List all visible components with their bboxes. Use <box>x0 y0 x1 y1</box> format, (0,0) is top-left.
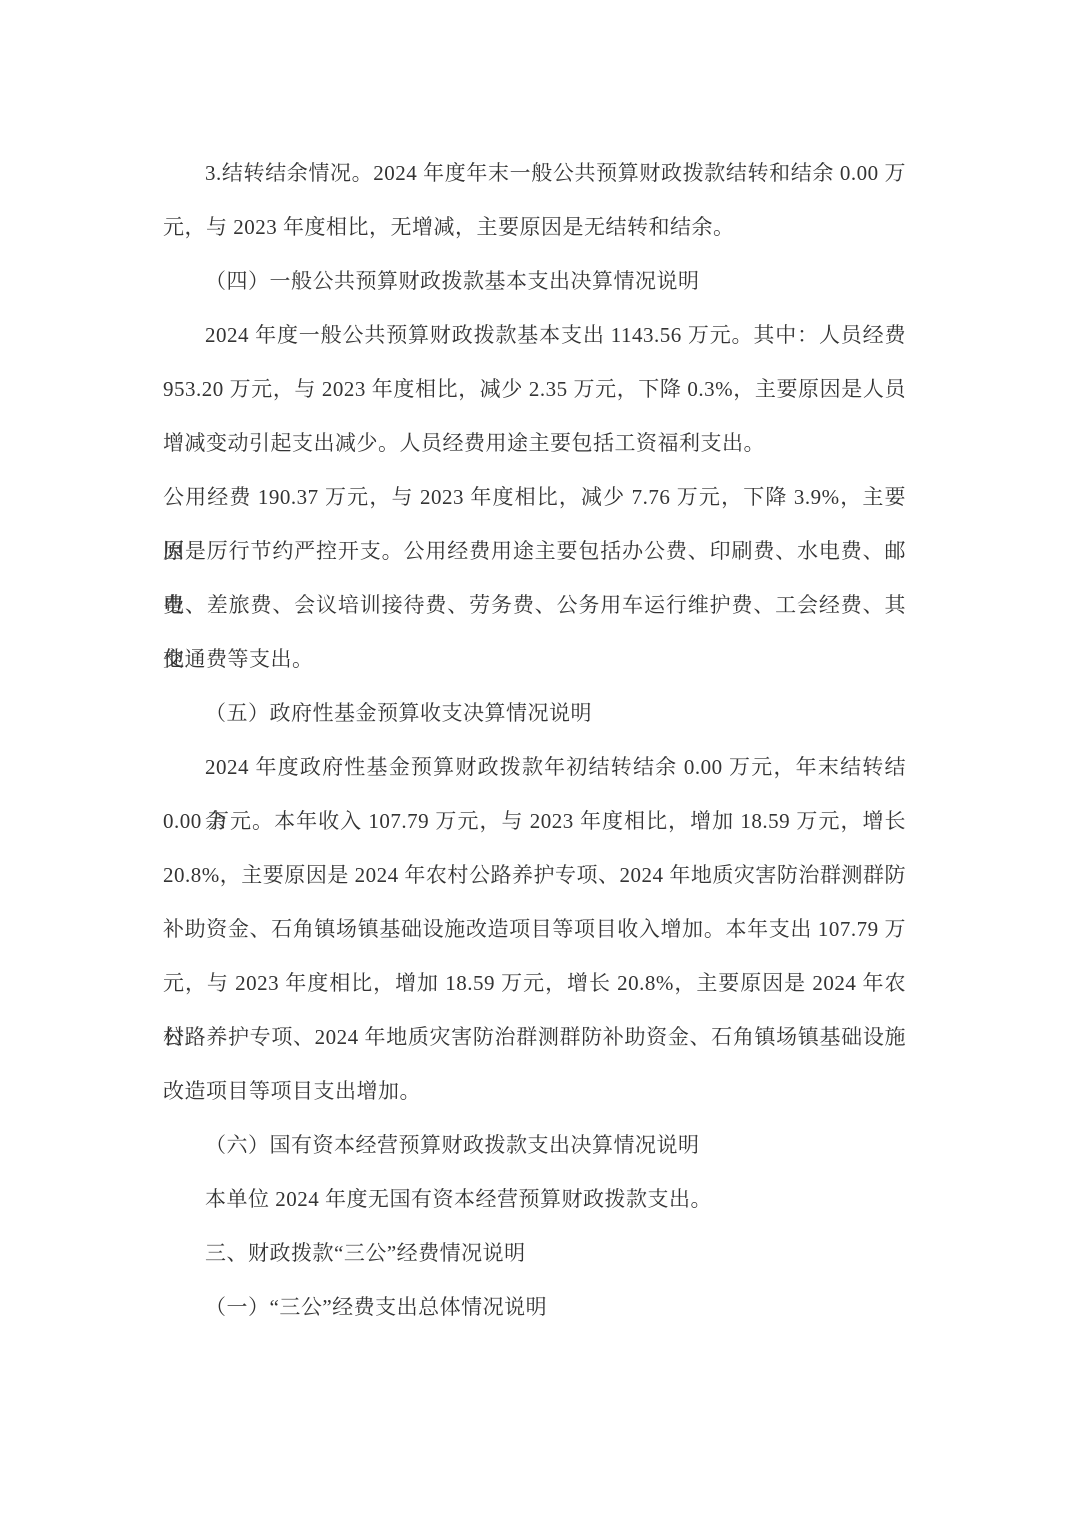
text-line: 增减变动引起支出减少。人员经费用途主要包括工资福利支出。 <box>163 416 906 470</box>
text-line: 0.00 万元。本年收入 107.79 万元，与 2023 年度相比，增加 18… <box>163 794 906 848</box>
text-line: 元，与 2023 年度相比，无增减，主要原因是无结转和结余。 <box>163 200 906 254</box>
text-line: 3.结转结余情况。2024 年度年末一般公共预算财政拨款结转和结余 0.00 万 <box>163 146 906 200</box>
text-line: 因是厉行节约严控开支。公用经费用途主要包括办公费、印刷费、水电费、邮电 <box>163 524 906 578</box>
text-line: 2024 年度政府性基金预算财政拨款年初结转结余 0.00 万元，年末结转结余 <box>163 740 906 794</box>
text-line: 本单位 2024 年度无国有资本经营预算财政拨款支出。 <box>163 1172 906 1226</box>
text-line: 费、差旅费、会议培训接待费、劳务费、公务用车运行维护费、工会经费、其他 <box>163 578 906 632</box>
text-line: 公用经费 190.37 万元，与 2023 年度相比，减少 7.76 万元，下降… <box>163 470 906 524</box>
document-page: 3.结转结余情况。2024 年度年末一般公共预算财政拨款结转和结余 0.00 万… <box>0 0 1074 1520</box>
text-line: 953.20 万元，与 2023 年度相比，减少 2.35 万元，下降 0.3%… <box>163 362 906 416</box>
text-line: 公路养护专项、2024 年地质灾害防治群测群防补助资金、石角镇场镇基础设施 <box>163 1010 906 1064</box>
text-line: （一）“三公”经费支出总体情况说明 <box>163 1280 906 1334</box>
text-line: （六）国有资本经营预算财政拨款支出决算情况说明 <box>163 1118 906 1172</box>
text-line: 交通费等支出。 <box>163 632 906 686</box>
text-line: 补助资金、石角镇场镇基础设施改造项目等项目收入增加。本年支出 107.79 万 <box>163 902 906 956</box>
text-line: （五）政府性基金预算收支决算情况说明 <box>163 686 906 740</box>
text-line: 20.8%，主要原因是 2024 年农村公路养护专项、2024 年地质灾害防治群… <box>163 848 906 902</box>
text-line: 改造项目等项目支出增加。 <box>163 1064 906 1118</box>
text-line: （四）一般公共预算财政拨款基本支出决算情况说明 <box>163 254 906 308</box>
text-line: 元，与 2023 年度相比，增加 18.59 万元，增长 20.8%，主要原因是… <box>163 956 906 1010</box>
document-content: 3.结转结余情况。2024 年度年末一般公共预算财政拨款结转和结余 0.00 万… <box>163 146 906 1334</box>
text-line: 三、财政拨款“三公”经费情况说明 <box>163 1226 906 1280</box>
text-line: 2024 年度一般公共预算财政拨款基本支出 1143.56 万元。其中：人员经费 <box>163 308 906 362</box>
